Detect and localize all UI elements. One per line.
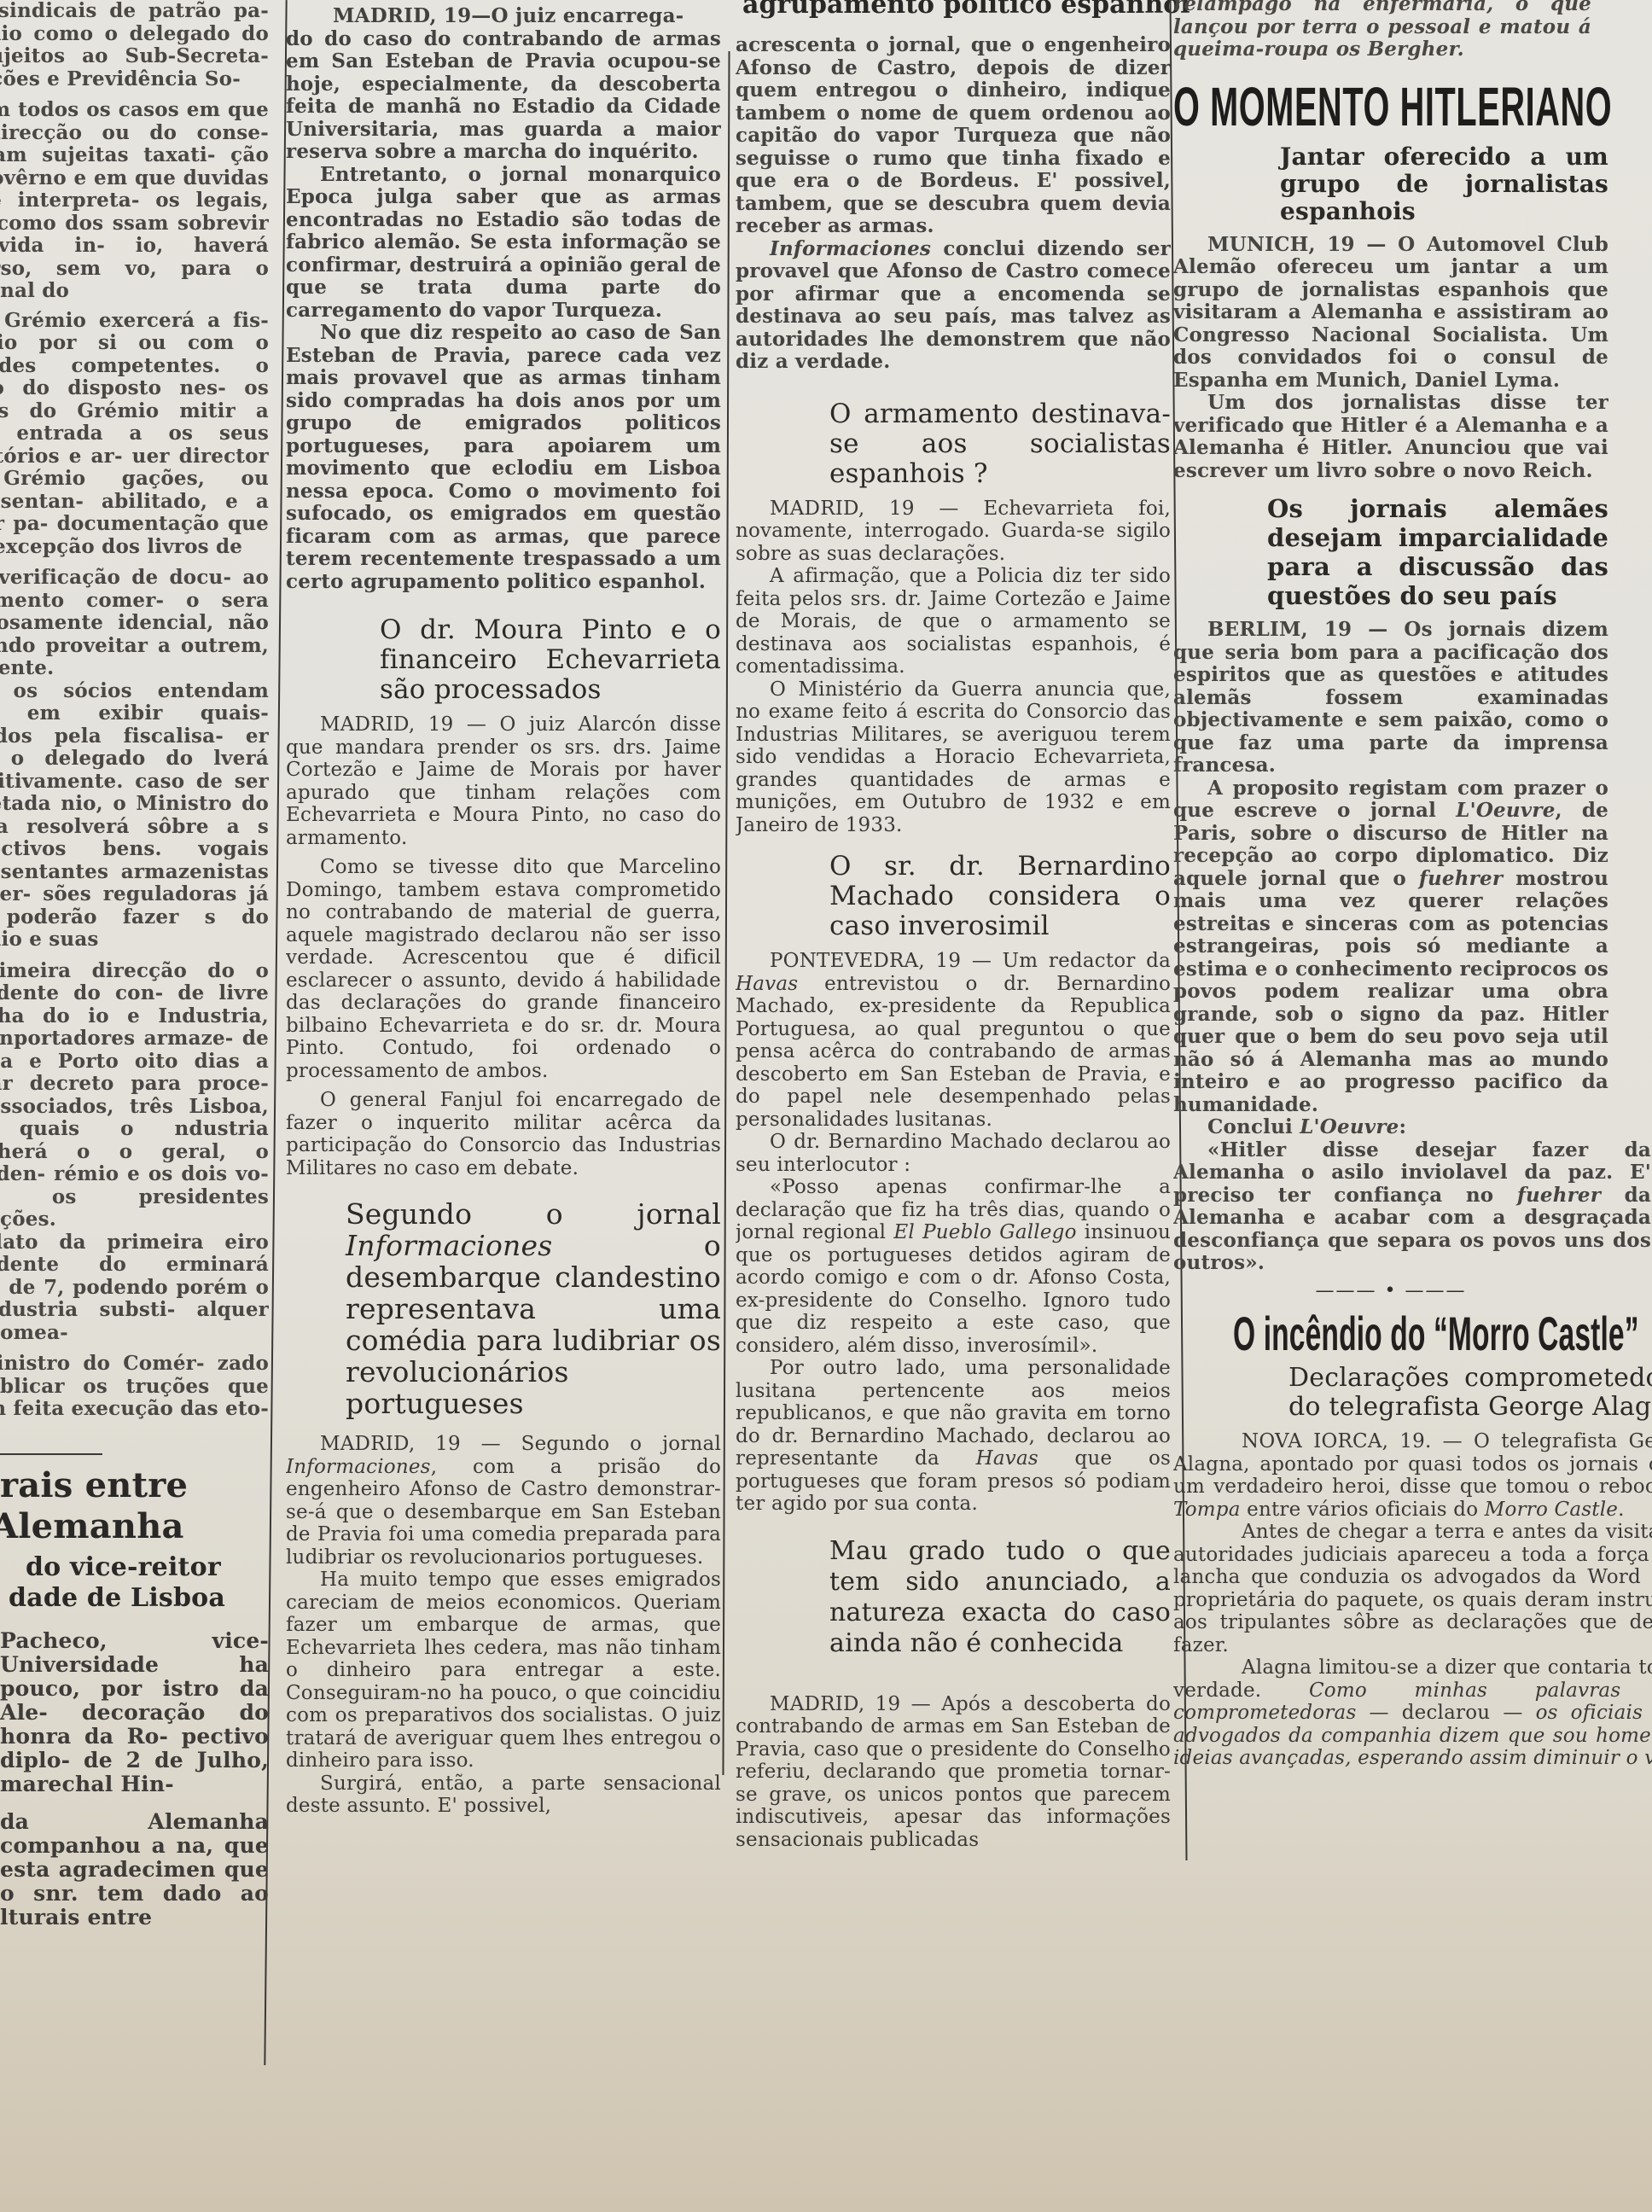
paragraph: NOVA IORCA, 19. — O telegrafista George … bbox=[1173, 1430, 1652, 1521]
col1-headline: rais entre Alemanha bbox=[0, 1465, 269, 1547]
dateline: MADRID, 19—O juiz encarrega- bbox=[286, 5, 721, 28]
ornament-divider: ——— • ——— bbox=[1173, 1280, 1608, 1303]
paragraph: ndato da primeira eiro presidente do erm… bbox=[0, 1231, 269, 1345]
headline-bernardino-machado: O sr. dr. Bernardino Machado considera o… bbox=[736, 852, 1171, 941]
paragraph: «Hitler disse desejar fazer da Alemanha … bbox=[1173, 1139, 1651, 1275]
paragraph: Por outro lado, uma personalidade lusita… bbox=[736, 1357, 1171, 1516]
subhead-jantar: Jantar oferecido a um grupo de jornalist… bbox=[1173, 143, 1608, 225]
paragraph: Como se tivesse dito que Marcelino Domin… bbox=[286, 856, 721, 1082]
paragraph: O Ministério da Guerra anuncia que, no e… bbox=[736, 678, 1171, 837]
column-2: MADRID, 19—O juiz encarrega- do do caso … bbox=[286, 5, 721, 1818]
paragraph: primeira direcção do o presidente do con… bbox=[0, 960, 269, 1231]
paragraph: MUNICH, 19 — O Automovel Club Alemão ofe… bbox=[1173, 234, 1608, 393]
paragraph: «Posso apenas confirmar-lhe a declaração… bbox=[736, 1176, 1171, 1357]
paragraph: O Grémio exercerá a fis- mércio por si o… bbox=[0, 310, 269, 559]
paragraph: MADRID, 19 — Após a descoberta do contra… bbox=[736, 1693, 1171, 1852]
paragraph: PONTEVEDRA, 19 — Um redactor da Havas en… bbox=[736, 950, 1171, 1131]
headline-moura-pinto: O dr. Moura Pinto e o financeiro Echevar… bbox=[286, 615, 721, 705]
paragraph: Em todos os casos em que da direcção ou … bbox=[0, 99, 269, 303]
paragraph: acrescenta o jornal, que o engenheiro Af… bbox=[736, 34, 1171, 238]
paragraph: BERLIM, 19 — Os jornais dizem que seria … bbox=[1173, 619, 1608, 777]
paragraph: Conclui L'Oeuvre: bbox=[1173, 1116, 1651, 1139]
headline-momento-hitleriano: O MOMENTO HITLERIANO bbox=[1173, 77, 1491, 137]
paragraph: Antes de chegar a terra e antes da visit… bbox=[1173, 1521, 1652, 1656]
paragraph: Informaciones conclui dizendo ser provav… bbox=[736, 238, 1171, 374]
paragraph: Um dos jornalistas disse ter verificado … bbox=[1173, 392, 1608, 482]
newspaper-page: agrupamento politico espanhol mos sindic… bbox=[0, 0, 1652, 2212]
paragraph: Ha muito tempo que esses emigrados carec… bbox=[286, 1569, 721, 1773]
paragraph: o os sócios entendam ente em exibir quai… bbox=[0, 680, 269, 952]
paragraph: do do caso do contrabando de armas em Sa… bbox=[286, 28, 721, 164]
paragraph: Pacheco, vice- Universidade ha pouco, po… bbox=[0, 1629, 269, 1796]
banner-headline: agrupamento politico espanhol bbox=[742, 0, 1190, 20]
paragraph: Alagna limitou-se a dizer que contaria t… bbox=[1173, 1656, 1652, 1770]
paragraph: A proposito registam com prazer o que es… bbox=[1173, 777, 1608, 1117]
paragraph: MADRID, 19 — Echevarrieta foi, novamente… bbox=[736, 498, 1171, 566]
subhead-jornais-alemaes: Os jornais alemães desejam imparcialidad… bbox=[1173, 494, 1608, 610]
divider bbox=[0, 1453, 102, 1455]
column-4: relampago na enfermaria, o que lançou po… bbox=[1173, 0, 1652, 1770]
paragraph: A afirmação, que a Policia diz ter sido … bbox=[736, 565, 1171, 678]
paragraph: a verificação de docu- ao movimento come… bbox=[0, 567, 269, 680]
paragraph: Entretanto, o jornal monarquico Epoca ju… bbox=[286, 164, 721, 323]
paragraph: O dr. Bernardino Machado declarou ao seu… bbox=[736, 1131, 1171, 1176]
paragraph: Surgirá, então, a parte sensacional dest… bbox=[286, 1773, 721, 1818]
headline-mau-grado: Mau grado tudo o que tem sido anunciado,… bbox=[736, 1536, 1171, 1659]
paragraph: MADRID, 19 — Segundo o jornal Informacio… bbox=[286, 1433, 721, 1569]
paragraph: mos sindicais de patrão pa- Grémio como … bbox=[0, 0, 269, 90]
headline-armamento: O armamento destinava-se aos socialistas… bbox=[736, 399, 1171, 489]
paragraph: da Alemanha companhou a na, que esta agr… bbox=[0, 1810, 269, 1930]
headline-morro-castle: O incêndio do “Morro Castle” bbox=[1233, 1307, 1504, 1360]
subhead-alagna: Declarações comprometedoras do telegrafi… bbox=[1173, 1364, 1652, 1422]
paragraph: relampago na enfermaria, o que lançou po… bbox=[1173, 0, 1591, 61]
column-rule bbox=[722, 51, 730, 1775]
paragraph: Ministro do Comér- zado a publicar os tr… bbox=[0, 1353, 269, 1443]
column-1: mos sindicais de patrão pa- Grémio como … bbox=[0, 0, 269, 1930]
paragraph: No que diz respeito ao caso de San Esteb… bbox=[286, 322, 721, 593]
paragraph: MADRID, 19 — O juiz Alarcón disse que ma… bbox=[286, 713, 721, 849]
col1-subhead: do vice-reitor dade de Lisboa bbox=[9, 1552, 269, 1614]
headline-informaciones: Segundo o jornal Informaciones o desemba… bbox=[286, 1198, 721, 1419]
col1-body: mos sindicais de patrão pa- Grémio como … bbox=[0, 0, 269, 1443]
column-3: acrescenta o jornal, que o engenheiro Af… bbox=[736, 34, 1171, 1851]
paragraph: O general Fanjul foi encarregado de faze… bbox=[286, 1089, 721, 1179]
